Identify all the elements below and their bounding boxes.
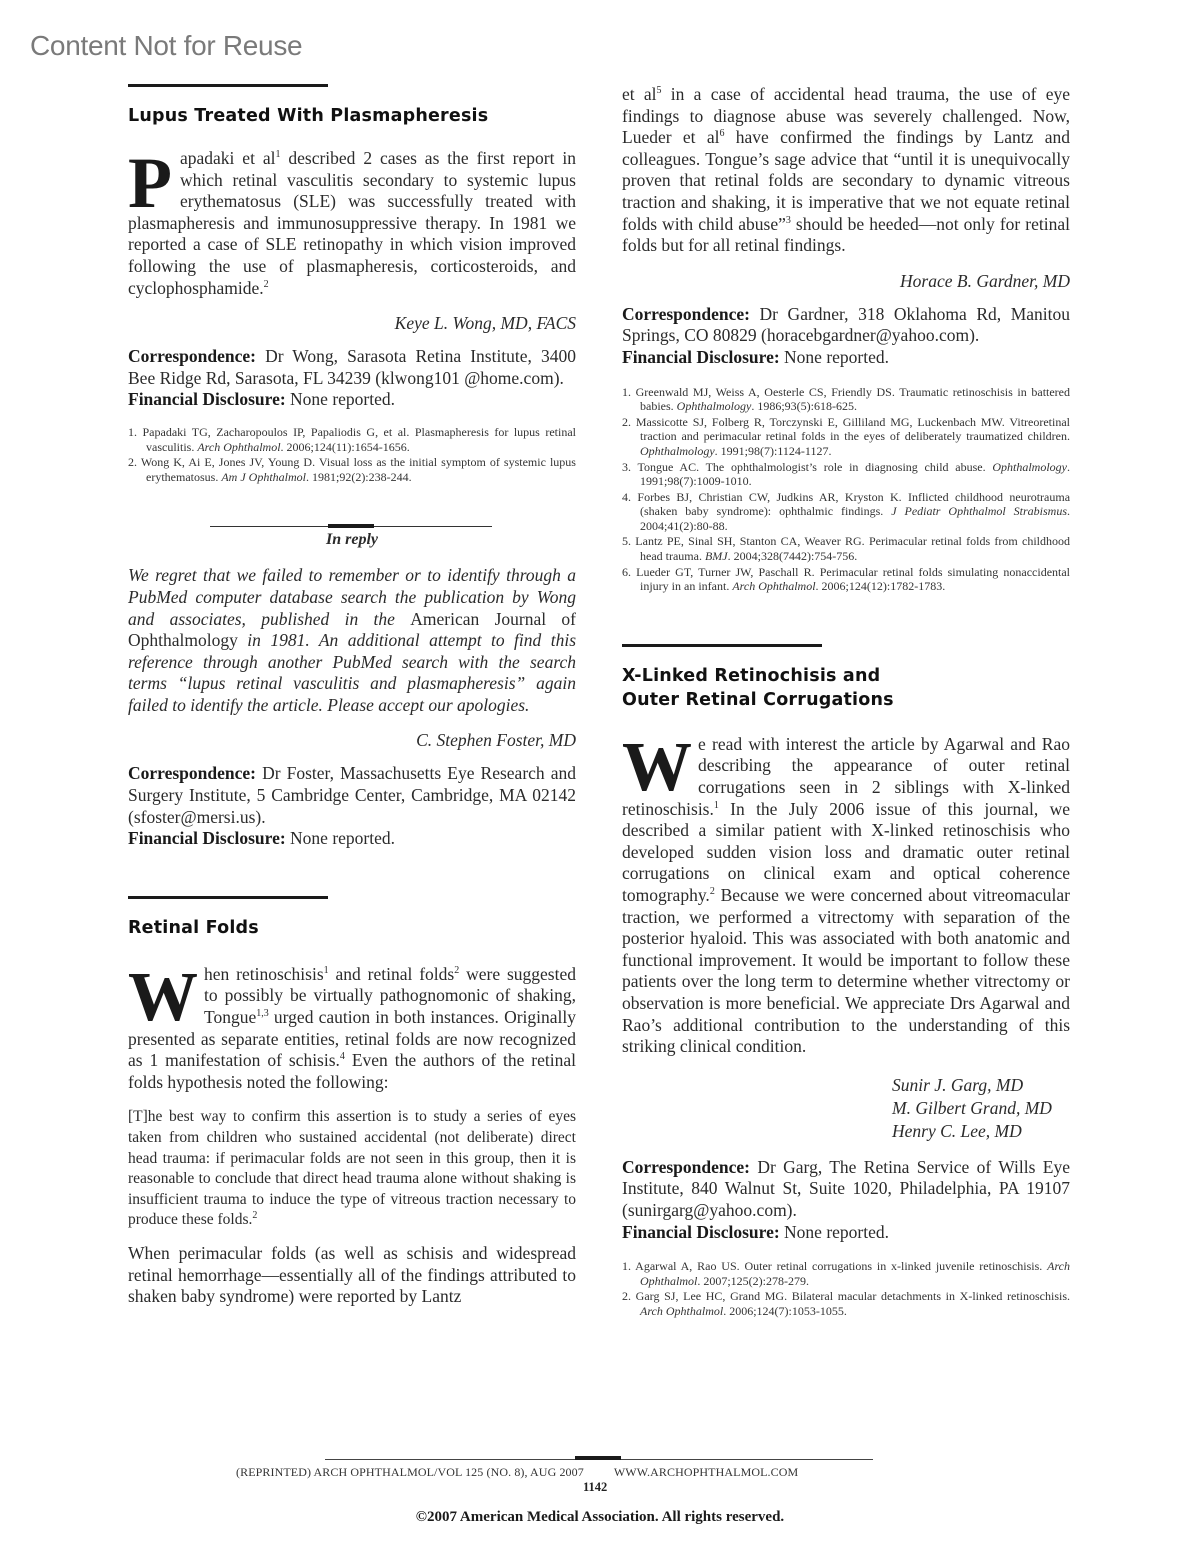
left-column: Lupus Treated With Plasmapheresis Papada… — [128, 84, 576, 1308]
dropcap: P — [128, 154, 172, 212]
reference-item: 2. Wong K, Ai E, Jones JV, Young D. Visu… — [128, 455, 576, 484]
reference-item: 2. Massicotte SJ, Folberg R, Torczynski … — [622, 415, 1070, 459]
reference-item: 3. Tongue AC. The ophthalmologist’s role… — [622, 460, 1070, 489]
letter-body: When retinoschisis1 and retinal folds2 w… — [128, 964, 576, 1094]
footer-rule — [325, 1459, 873, 1460]
author-signature: C. Stephen Foster, MD — [128, 729, 576, 751]
watermark: Content Not for Reuse — [30, 30, 302, 62]
reference-item: 2. Garg SJ, Lee HC, Grand MG. Bilateral … — [622, 1289, 1070, 1318]
journal-url: WWW.ARCHOPHTHALMOL.COM — [614, 1465, 798, 1479]
section-title: Retinal Folds — [128, 916, 576, 940]
author-signature: M. Gilbert Grand, MD — [892, 1097, 1070, 1120]
section-rule — [128, 896, 328, 899]
section-title: X-Linked Retinochisis andOuter Retinal C… — [622, 664, 1070, 712]
reference-item: 1. Papadaki TG, Zacharopoulos IP, Papali… — [128, 425, 576, 454]
letter-reply: In reply We regret that we failed to rem… — [128, 526, 576, 850]
correspondence: Correspondence: Dr Garg, The Retina Serv… — [622, 1157, 1070, 1243]
section-rule — [622, 644, 822, 647]
citation: 2 — [264, 279, 269, 290]
reference-item: 1. Agarwal A, Rao US. Outer retinal corr… — [622, 1259, 1070, 1288]
letter-body: We read with interest the article by Aga… — [622, 734, 1070, 1058]
reply-rule — [210, 526, 492, 527]
letter-body: Papadaki et al1 described 2 cases as the… — [128, 148, 576, 299]
author-signatures: Sunir J. Garg, MD M. Gilbert Grand, MD H… — [892, 1074, 1070, 1143]
section-title: Lupus Treated With Plasmapheresis — [128, 104, 576, 128]
author-signature: Horace B. Gardner, MD — [622, 270, 1070, 292]
page-number: 1142 — [583, 1480, 607, 1495]
footer-journal-line: (REPRINTED) ARCH OPHTHALMOL/VOL 125 (NO.… — [236, 1465, 798, 1480]
dropcap: W — [128, 970, 198, 1026]
letter-xlinked: X-Linked Retinochisis andOuter Retinal C… — [622, 644, 1070, 1319]
author-signature: Henry C. Lee, MD — [892, 1120, 1070, 1143]
reference-item: 5. Lantz PE, Sinal SH, Stanton CA, Weave… — [622, 534, 1070, 563]
author-signature: Keye L. Wong, MD, FACS — [128, 312, 576, 334]
journal-citation: (REPRINTED) ARCH OPHTHALMOL/VOL 125 (NO.… — [236, 1465, 584, 1479]
dropcap: W — [622, 740, 692, 796]
reference-item: 1. Greenwald MJ, Weiss A, Oesterle CS, F… — [622, 385, 1070, 414]
correspondence: Correspondence: Dr Gardner, 318 Oklahoma… — [622, 304, 1070, 369]
letter-retinal-folds: Retinal Folds When retinoschisis1 and re… — [128, 896, 576, 1308]
correspondence: Correspondence: Dr Wong, Sarasota Retina… — [128, 346, 576, 411]
block-quote: [T]he best way to confirm this assertion… — [128, 1107, 576, 1231]
letter-retinal-folds-continued: et al5 in a case of accidental head trau… — [622, 84, 1070, 594]
letter-body-continued: When perimacular folds (as well as schis… — [128, 1243, 576, 1308]
reply-body: We regret that we failed to remember or … — [128, 565, 576, 716]
reference-list: 1. Greenwald MJ, Weiss A, Oesterle CS, F… — [622, 385, 1070, 594]
reference-list: 1. Papadaki TG, Zacharopoulos IP, Papali… — [128, 425, 576, 484]
letter-lupus: Lupus Treated With Plasmapheresis Papada… — [128, 84, 576, 484]
section-rule — [128, 84, 328, 87]
correspondence: Correspondence: Dr Foster, Massachusetts… — [128, 763, 576, 849]
reference-item: 4. Forbes BJ, Christian CW, Judkins AR, … — [622, 490, 1070, 534]
reply-title: In reply — [128, 531, 576, 549]
reference-list: 1. Agarwal A, Rao US. Outer retinal corr… — [622, 1259, 1070, 1318]
copyright: ©2007 American Medical Association. All … — [0, 1509, 1200, 1526]
reference-item: 6. Lueder GT, Turner JW, Paschall R. Per… — [622, 565, 1070, 594]
author-signature: Sunir J. Garg, MD — [892, 1074, 1070, 1097]
letter-body: et al5 in a case of accidental head trau… — [622, 84, 1070, 257]
right-column: et al5 in a case of accidental head trau… — [622, 84, 1070, 1320]
